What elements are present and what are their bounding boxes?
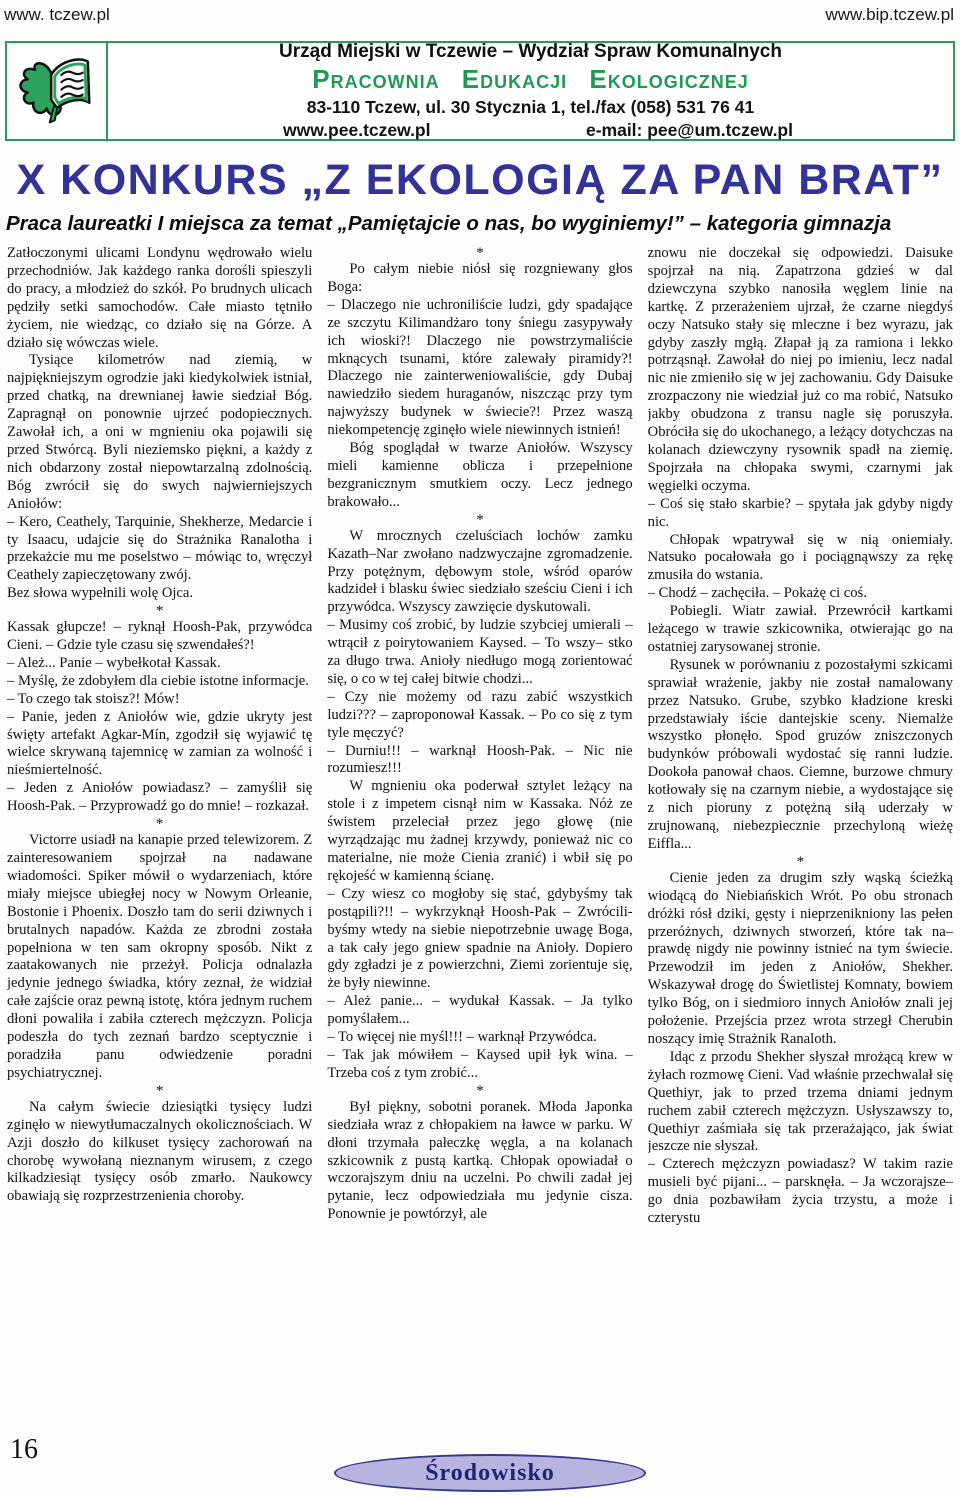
story-paragraph: – Jeden z Aniołów powiadasz? – zamyślił … (7, 780, 312, 816)
logo-cell (7, 43, 108, 139)
story-paragraph: Bóg spoglądał w twarze Aniołów. Wszyscy … (327, 440, 632, 512)
story-paragraph: – Ależ... Panie – wybełkotał Kassak. (7, 655, 312, 673)
story-paragraph: – Coś się stało skarbie? – spytała jak g… (648, 496, 953, 532)
section-badge-label: Środowisko (425, 1460, 555, 1487)
story-paragraph: Był piękny, sobotni poranek. Młoda Japon… (327, 1099, 632, 1224)
top-left-url[interactable]: www. tczew.pl (4, 5, 110, 25)
story-paragraph: Po całym niebie niósł się rozgniewany gł… (327, 261, 632, 297)
story-paragraph: – Panie, jeden z Aniołów wie, gdzie ukry… (7, 709, 312, 781)
story-paragraph: Tysiące kilometrów nad ziemią, w najpięk… (7, 352, 312, 513)
story-paragraph: – Tak jak mówiłem – Kaysed upił łyk wina… (327, 1047, 632, 1083)
section-separator: * (7, 816, 312, 832)
contact-line: www.pee.tczew.pl e-mail: pee@um.tczew.pl (118, 120, 943, 141)
department-name: Pracownia Edukacji Ekologicznej (118, 64, 943, 95)
story-paragraph: – To więcej nie myśl!!! – warknął Przywó… (327, 1029, 632, 1047)
story-paragraph: Pobiegli. Wiatr zawiał. Przewrócił kartk… (648, 603, 953, 657)
story-paragraph: – Czterech mężczyzn powiadasz? W takim r… (648, 1156, 953, 1228)
office-name: Urząd Miejski w Tczewie – Wydział Spraw … (118, 41, 943, 63)
section-separator: * (7, 603, 312, 619)
story-paragraph: – Musimy coś zrobić, by ludzie szybciej … (327, 617, 632, 689)
letterhead-text: Urząd Miejski w Tczewie – Wydział Spraw … (108, 43, 953, 139)
story-paragraph: – Dlaczego nie uchroniliście ludzi, gdy … (327, 297, 632, 440)
newsletter-page: www. tczew.pl www.bip.tczew.pl Urząd Mie… (0, 0, 960, 1498)
top-right-url[interactable]: www.bip.tczew.pl (826, 5, 955, 25)
top-url-bar: www. tczew.pl www.bip.tczew.pl (0, 0, 960, 25)
story-paragraph: – Durniu!!! – warknął Hoosh-Pak. – Nic n… (327, 743, 632, 779)
story-paragraph: W mrocznych czeluściach lochów zamku Kaz… (327, 528, 632, 618)
story-paragraph: – To czego tak stoisz?! Mów! (7, 691, 312, 709)
story-paragraph: W mgnieniu oka poderwał sztylet leżący n… (327, 778, 632, 885)
story-columns: Zatłoczonymi ulicami Londynu wędrowało w… (0, 245, 960, 1437)
story-paragraph: Rysunek w porównaniu z pozostałymi szkic… (648, 657, 953, 854)
section-separator: * (327, 245, 632, 261)
section-badge: Środowisko (334, 1454, 646, 1492)
story-paragraph: – Myślę, że zdobyłem dla ciebie istotne … (7, 673, 312, 691)
story-column-2: *Po całym niebie niósł się rozgniewany g… (327, 245, 632, 1437)
address-line: 83-110 Tczew, ul. 30 Stycznia 1, tel./fa… (118, 97, 943, 118)
story-paragraph: Bez słowa wypełnili wolę Ojca. (7, 585, 312, 603)
story-paragraph: – Czy nie możemy od razu zabić wszystkic… (327, 689, 632, 743)
story-paragraph: – Ależ panie... – wydukał Kassak. – Ja t… (327, 993, 632, 1029)
story-paragraph: – Kero, Ceathely, Tarquinie, Shekherze, … (7, 514, 312, 586)
story-paragraph: Zatłoczonymi ulicami Londynu wędrowało w… (7, 245, 312, 352)
story-paragraph: – Chodź – zachęciła. – Pokażę ci coś. (648, 585, 953, 603)
letterhead-box: Urząd Miejski w Tczewie – Wydział Spraw … (5, 41, 955, 141)
story-column-1: Zatłoczonymi ulicami Londynu wędrowało w… (7, 245, 312, 1437)
story-paragraph: znowu nie doczekał się odpowiedzi. Daisu… (648, 245, 953, 496)
section-separator: * (327, 1083, 632, 1099)
pee-email-link[interactable]: e-mail: pee@um.tczew.pl (586, 120, 793, 141)
section-separator: * (648, 854, 953, 870)
story-paragraph: Chłopak wpatrywał się w nią oniemiały. N… (648, 532, 953, 586)
story-paragraph: Victorre usiadł na kanapie przed telewiz… (7, 832, 312, 1083)
story-column-3: znowu nie doczekał się odpowiedzi. Daisu… (648, 245, 953, 1437)
article-subtitle: Praca laureatki I miejsca za temat „Pami… (6, 212, 960, 236)
story-paragraph: Kassak głupcze! – ryknął Hoosh-Pak, przy… (7, 619, 312, 655)
story-paragraph: Na całym świecie dziesiątki tysięcy ludz… (7, 1099, 312, 1206)
section-separator: * (327, 512, 632, 528)
page-title: X KONKURS „Z EKOLOGIĄ ZA PAN BRAT” (0, 156, 960, 205)
page-number: 16 (10, 1434, 38, 1466)
story-paragraph: Cienie jeden za drugim szły wąską ścieżk… (648, 870, 953, 1049)
section-separator: * (7, 1083, 312, 1099)
pee-website-link[interactable]: www.pee.tczew.pl (283, 120, 431, 141)
story-paragraph: – Czy wiesz co mogłoby się stać, gdybyśm… (327, 886, 632, 993)
leaf-book-logo-icon (13, 47, 101, 135)
story-paragraph: Idąc z przodu Shekher słyszał mrożącą kr… (648, 1049, 953, 1156)
